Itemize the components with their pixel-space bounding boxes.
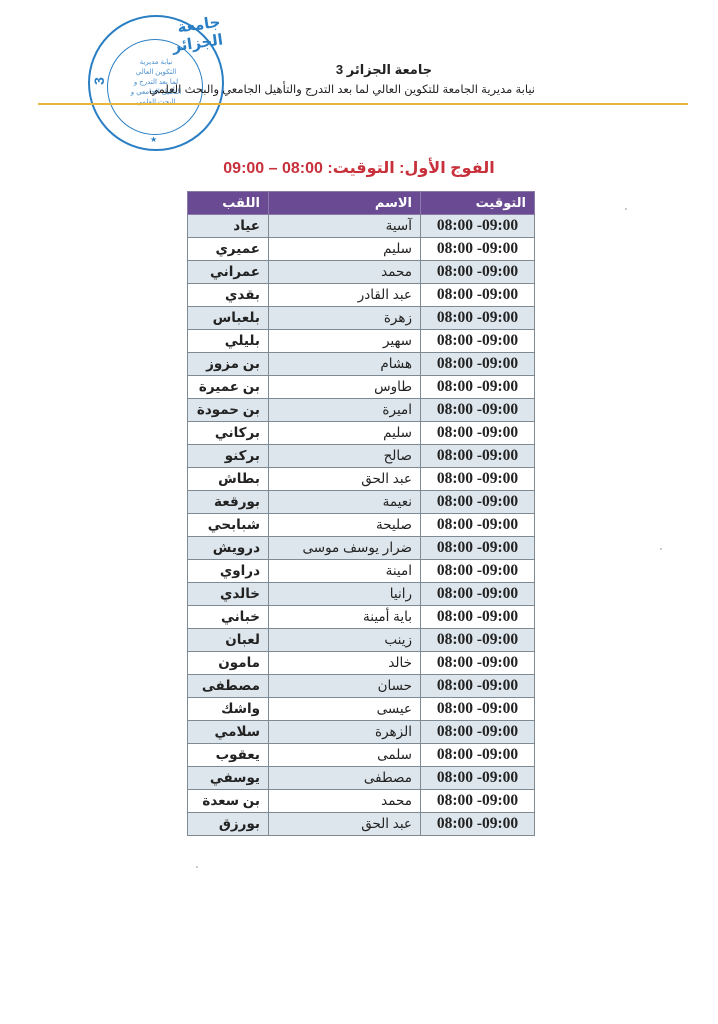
surname-cell: خباني xyxy=(188,606,269,629)
scan-speck xyxy=(660,548,662,550)
name-cell: اميرة xyxy=(269,399,421,422)
surname-cell: بركاني xyxy=(188,422,269,445)
surname-cell: بطاش xyxy=(188,468,269,491)
name-cell: سليم xyxy=(269,238,421,261)
surname-cell: شبابحي xyxy=(188,514,269,537)
surname-cell: عميري xyxy=(188,238,269,261)
surname-cell: بورقعة xyxy=(188,491,269,514)
surname-cell: خالدي xyxy=(188,583,269,606)
time-cell: 08:00 -09:00 xyxy=(421,307,535,330)
table-row: 08:00 -09:00باية أمينةخباني xyxy=(188,606,535,629)
time-cell: 08:00 -09:00 xyxy=(421,399,535,422)
table-row: 08:00 -09:00حسانمصطفى xyxy=(188,675,535,698)
surname-cell: بن حمودة xyxy=(188,399,269,422)
name-cell: مصطفى xyxy=(269,767,421,790)
schedule-table: التوقيت الاسم اللقب 08:00 -09:00آسيةعياد… xyxy=(187,191,535,836)
stamp-number: 3 xyxy=(91,77,107,85)
surname-cell: مصطفى xyxy=(188,675,269,698)
table-row: 08:00 -09:00عيسىواشك xyxy=(188,698,535,721)
time-cell: 08:00 -09:00 xyxy=(421,698,535,721)
table-row: 08:00 -09:00نعيمةبورقعة xyxy=(188,491,535,514)
table-row: 08:00 -09:00زينبلعبان xyxy=(188,629,535,652)
time-cell: 08:00 -09:00 xyxy=(421,445,535,468)
table-row: 08:00 -09:00الزهرةسلامي xyxy=(188,721,535,744)
star-icon: ★ xyxy=(150,135,157,144)
name-cell: رانيا xyxy=(269,583,421,606)
time-cell: 08:00 -09:00 xyxy=(421,284,535,307)
header-divider xyxy=(38,103,688,105)
name-cell: محمد xyxy=(269,790,421,813)
name-cell: آسية xyxy=(269,215,421,238)
time-cell: 08:00 -09:00 xyxy=(421,606,535,629)
table-row: 08:00 -09:00اميرةبن حمودة xyxy=(188,399,535,422)
directorate-subtitle: نيابة مديرية الجامعة للتكوين العالي لما … xyxy=(150,82,535,96)
time-cell: 08:00 -09:00 xyxy=(421,744,535,767)
surname-cell: بن سعدة xyxy=(188,790,269,813)
surname-cell: لعبان xyxy=(188,629,269,652)
table-row: 08:00 -09:00سلمىيعقوب xyxy=(188,744,535,767)
time-cell: 08:00 -09:00 xyxy=(421,560,535,583)
time-cell: 08:00 -09:00 xyxy=(421,238,535,261)
surname-cell: بن عميرة xyxy=(188,376,269,399)
surname-cell: مامون xyxy=(188,652,269,675)
time-cell: 08:00 -09:00 xyxy=(421,790,535,813)
time-cell: 08:00 -09:00 xyxy=(421,261,535,284)
name-cell: خالد xyxy=(269,652,421,675)
time-cell: 08:00 -09:00 xyxy=(421,675,535,698)
surname-cell: واشك xyxy=(188,698,269,721)
surname-cell: يوسفي xyxy=(188,767,269,790)
name-cell: زينب xyxy=(269,629,421,652)
name-cell: امينة xyxy=(269,560,421,583)
name-cell: الزهرة xyxy=(269,721,421,744)
table-row: 08:00 -09:00محمدبن سعدة xyxy=(188,790,535,813)
time-cell: 08:00 -09:00 xyxy=(421,721,535,744)
time-cell: 08:00 -09:00 xyxy=(421,353,535,376)
table-header-row: التوقيت الاسم اللقب xyxy=(188,192,535,215)
surname-cell: بليلي xyxy=(188,330,269,353)
scan-speck xyxy=(196,866,198,868)
time-cell: 08:00 -09:00 xyxy=(421,652,535,675)
surname-cell: عياد xyxy=(188,215,269,238)
table-row: 08:00 -09:00عبد الحقبورزق xyxy=(188,813,535,836)
table-row: 08:00 -09:00مصطفىيوسفي xyxy=(188,767,535,790)
name-cell: عبد الحق xyxy=(269,813,421,836)
time-cell: 08:00 -09:00 xyxy=(421,514,535,537)
time-cell: 08:00 -09:00 xyxy=(421,422,535,445)
name-cell: عبد الحق xyxy=(269,468,421,491)
name-cell: باية أمينة xyxy=(269,606,421,629)
name-cell: محمد xyxy=(269,261,421,284)
name-cell: زهرة xyxy=(269,307,421,330)
column-header-time: التوقيت xyxy=(421,192,535,215)
surname-cell: بقدي xyxy=(188,284,269,307)
table-row: 08:00 -09:00زهرةبلعباس xyxy=(188,307,535,330)
name-cell: ضرار يوسف موسى xyxy=(269,537,421,560)
table-row: 08:00 -09:00خالدمامون xyxy=(188,652,535,675)
surname-cell: يعقوب xyxy=(188,744,269,767)
scan-speck xyxy=(625,208,627,210)
time-cell: 08:00 -09:00 xyxy=(421,583,535,606)
surname-cell: درويش xyxy=(188,537,269,560)
surname-cell: بركنو xyxy=(188,445,269,468)
name-cell: سلمى xyxy=(269,744,421,767)
table-row: 08:00 -09:00صالحبركنو xyxy=(188,445,535,468)
group-title: الفوج الأول: التوقيت: 08:00 – 09:00 xyxy=(0,158,718,178)
time-cell: 08:00 -09:00 xyxy=(421,767,535,790)
time-cell: 08:00 -09:00 xyxy=(421,215,535,238)
name-cell: عيسى xyxy=(269,698,421,721)
surname-cell: عمراني xyxy=(188,261,269,284)
name-cell: نعيمة xyxy=(269,491,421,514)
surname-cell: بلعباس xyxy=(188,307,269,330)
time-cell: 08:00 -09:00 xyxy=(421,537,535,560)
name-cell: صالح xyxy=(269,445,421,468)
name-cell: هشام xyxy=(269,353,421,376)
name-cell: عبد القادر xyxy=(269,284,421,307)
table-row: 08:00 -09:00عبد القادربقدي xyxy=(188,284,535,307)
time-cell: 08:00 -09:00 xyxy=(421,376,535,399)
time-cell: 08:00 -09:00 xyxy=(421,330,535,353)
name-cell: سليم xyxy=(269,422,421,445)
surname-cell: بن مزوز xyxy=(188,353,269,376)
time-cell: 08:00 -09:00 xyxy=(421,629,535,652)
time-cell: 08:00 -09:00 xyxy=(421,468,535,491)
table-row: 08:00 -09:00محمدعمراني xyxy=(188,261,535,284)
time-cell: 08:00 -09:00 xyxy=(421,813,535,836)
surname-cell: دراوي xyxy=(188,560,269,583)
name-cell: سهير xyxy=(269,330,421,353)
surname-cell: بورزق xyxy=(188,813,269,836)
name-cell: طاوس xyxy=(269,376,421,399)
table-row: 08:00 -09:00آسيةعياد xyxy=(188,215,535,238)
table-row: 08:00 -09:00سليمبركاني xyxy=(188,422,535,445)
table-row: 08:00 -09:00سهيربليلي xyxy=(188,330,535,353)
name-cell: حسان xyxy=(269,675,421,698)
table-row: 08:00 -09:00عبد الحقبطاش xyxy=(188,468,535,491)
table-row: 08:00 -09:00صليحةشبابحي xyxy=(188,514,535,537)
table-row: 08:00 -09:00رانياخالدي xyxy=(188,583,535,606)
table-row: 08:00 -09:00طاوسبن عميرة xyxy=(188,376,535,399)
table-row: 08:00 -09:00هشامبن مزوز xyxy=(188,353,535,376)
column-header-name: الاسم xyxy=(269,192,421,215)
university-title: جامعة الجزائر 3 xyxy=(0,62,718,78)
time-cell: 08:00 -09:00 xyxy=(421,491,535,514)
column-header-surname: اللقب xyxy=(188,192,269,215)
surname-cell: سلامي xyxy=(188,721,269,744)
table-row: 08:00 -09:00امينةدراوي xyxy=(188,560,535,583)
table-row: 08:00 -09:00ضرار يوسف موسىدرويش xyxy=(188,537,535,560)
table-row: 08:00 -09:00سليمعميري xyxy=(188,238,535,261)
name-cell: صليحة xyxy=(269,514,421,537)
